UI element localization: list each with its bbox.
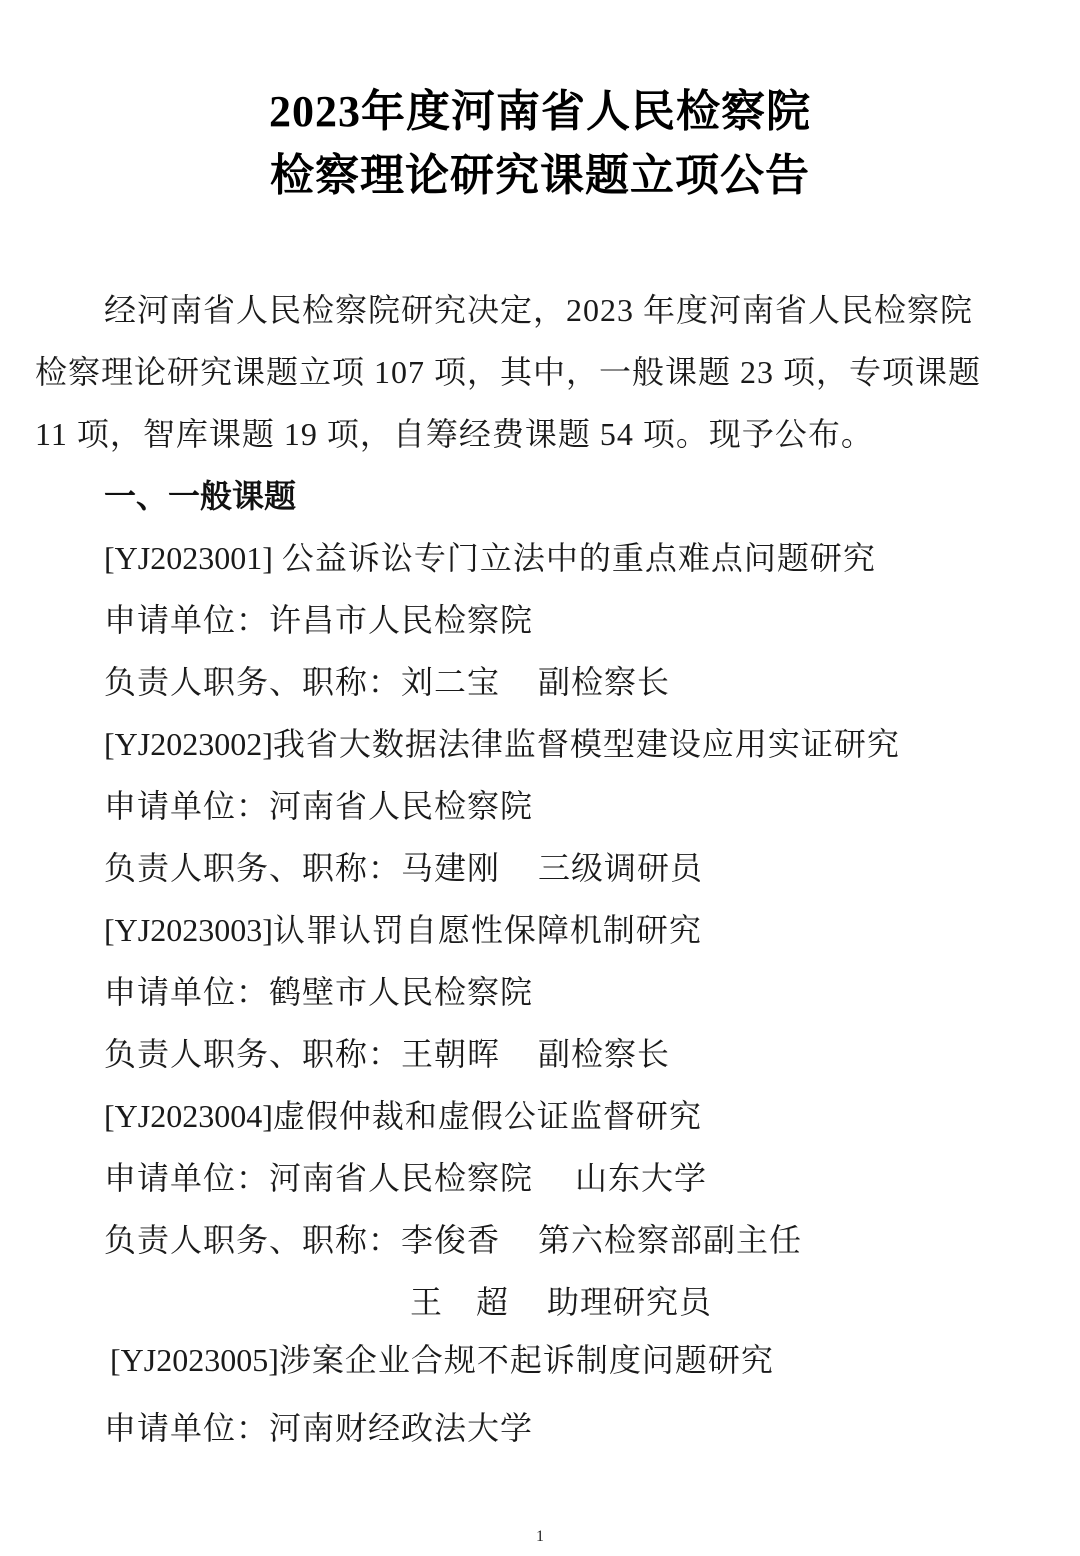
project-title: 我省大数据法律监督模型建设应用实证研究 [273,726,900,762]
project-unit-row: 申请单位：鹤壁市人民检察院 [104,972,533,1012]
intro-paragraph-line-1: 经河南省人民检察院研究决定，2023 年度河南省人民检察院 [104,290,973,330]
leader-name: 马建刚 [401,850,500,886]
leader-name: 王朝晖 [401,1036,500,1072]
project-leader-row: 负责人职务、职称：王朝晖副检察长 [104,1034,670,1074]
leader-label: 负责人职务、职称： [104,850,401,886]
project-title: 认罪认罚自愿性保障机制研究 [273,912,702,948]
leader-label: 负责人职务、职称： [104,1036,401,1072]
project-title-row: [YJ2023004]虚假仲裁和虚假公证监督研究 [104,1096,702,1136]
project-code: [YJ2023001] [104,540,273,576]
project-title-row: [YJ2023003]认罪认罚自愿性保障机制研究 [104,910,702,950]
applicant-unit-label: 申请单位： [104,788,269,824]
project-unit-row: 申请单位：河南省人民检察院 [104,786,533,826]
leader-name: 李俊香 [401,1222,500,1258]
project-unit-row: 申请单位：许昌市人民检察院 [104,600,533,640]
project-leader-row-secondary: 王 超助理研究员 [410,1282,712,1322]
leader-position: 助理研究员 [547,1284,712,1320]
project-leader-row: 负责人职务、职称：马建刚三级调研员 [104,848,703,888]
applicant-unit-label: 申请单位： [104,1410,269,1446]
leader-name: 王 超 [410,1284,509,1320]
section-heading-general-projects: 一、一般课题 [104,476,296,516]
leader-label: 负责人职务、职称： [104,664,401,700]
leader-position: 副检察长 [538,664,670,700]
leader-name: 刘二宝 [401,664,500,700]
intro-paragraph-line-3: 11 项，智库课题 19 项，自筹经费课题 54 项。现予公布。 [35,414,874,454]
project-title-row: [YJ2023002]我省大数据法律监督模型建设应用实证研究 [104,724,900,764]
project-code: [YJ2023005] [110,1342,279,1378]
project-title-row: [YJ2023001] 公益诉讼专门立法中的重点难点问题研究 [104,538,876,578]
leader-position: 副检察长 [538,1036,670,1072]
leader-position: 三级调研员 [538,850,703,886]
project-code: [YJ2023004] [104,1098,273,1134]
project-leader-row: 负责人职务、职称：李俊香第六检察部副主任 [104,1220,802,1260]
project-title: 涉案企业合规不起诉制度问题研究 [279,1342,774,1378]
document-title-line-1: 2023年度河南省人民检察院 [0,82,1080,142]
project-code: [YJ2023003] [104,912,273,948]
project-unit-row: 申请单位：河南财经政法大学 [104,1408,533,1448]
page-number: 1 [0,1528,1080,1546]
applicant-unit-label: 申请单位： [104,1160,269,1196]
applicant-unit-label: 申请单位： [104,602,269,638]
document-title-line-2: 检察理论研究课题立项公告 [0,146,1080,206]
applicant-unit-value: 鹤壁市人民检察院 [269,974,533,1010]
project-title-row: [YJ2023005]涉案企业合规不起诉制度问题研究 [110,1340,774,1380]
project-title: 公益诉讼专门立法中的重点难点问题研究 [273,540,876,576]
applicant-unit-value: 河南省人民检察院 山东大学 [269,1160,707,1196]
leader-label: 负责人职务、职称： [104,1222,401,1258]
intro-paragraph-line-2: 检察理论研究课题立项 107 项，其中，一般课题 23 项，专项课题 [35,352,981,392]
applicant-unit-value: 许昌市人民检察院 [269,602,533,638]
project-title: 虚假仲裁和虚假公证监督研究 [273,1098,702,1134]
project-code: [YJ2023002] [104,726,273,762]
project-unit-row: 申请单位：河南省人民检察院 山东大学 [104,1158,707,1198]
applicant-unit-value: 河南财经政法大学 [269,1410,533,1446]
leader-position: 第六检察部副主任 [538,1222,802,1258]
document-page: 2023年度河南省人民检察院 检察理论研究课题立项公告 经河南省人民检察院研究决… [0,0,1080,1556]
applicant-unit-value: 河南省人民检察院 [269,788,533,824]
project-leader-row: 负责人职务、职称：刘二宝副检察长 [104,662,670,702]
applicant-unit-label: 申请单位： [104,974,269,1010]
